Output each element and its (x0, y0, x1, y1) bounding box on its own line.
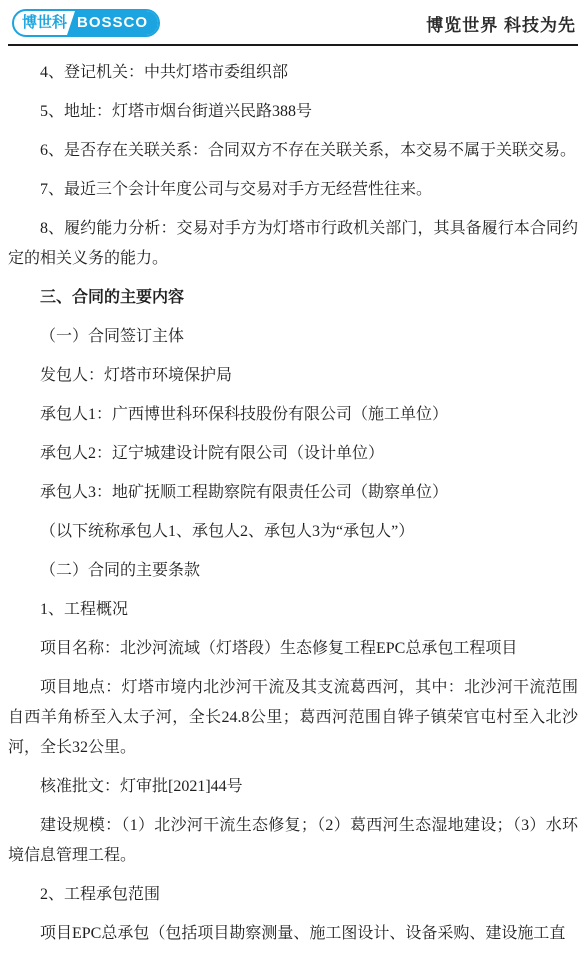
paragraph: 项目地点：灯塔市境内北沙河干流及其支流葛西河，其中：北沙河干流范围自西羊角桥至入… (8, 673, 578, 763)
paragraph: 发包人：灯塔市环境保护局 (8, 361, 578, 391)
page-header: 博世科 BOSSCO 博览世界 科技为先 (8, 0, 578, 46)
document-page: 博世科 BOSSCO 博览世界 科技为先 4、登记机关：中共灯塔市委组织部 5、… (0, 0, 586, 965)
logo-cn-text: 博世科 (14, 11, 69, 35)
paragraph: 5、地址：灯塔市烟台街道兴民路388号 (8, 97, 578, 127)
section-heading: 三、合同的主要内容 (8, 283, 578, 313)
paragraph: （以下统称承包人1、承包人2、承包人3为“承包人”） (8, 517, 578, 547)
paragraph: 承包人1：广西博世科环保科技股份有限公司（施工单位） (8, 400, 578, 430)
paragraph: 8、履约能力分析：交易对手方为灯塔市行政机关部门，其具备履行本合同约定的相关义务… (8, 214, 578, 274)
paragraph: 1、工程概况 (8, 595, 578, 625)
paragraph: 6、是否存在关联关系：合同双方不存在关联关系，本交易不属于关联交易。 (8, 136, 578, 166)
paragraph: （一）合同签订主体 (8, 322, 578, 352)
logo-en-text: BOSSCO (67, 11, 158, 35)
paragraph: 2、工程承包范围 (8, 880, 578, 910)
paragraph: 核准批文：灯审批[2021]44号 (8, 772, 578, 802)
document-body: 4、登记机关：中共灯塔市委组织部 5、地址：灯塔市烟台街道兴民路388号 6、是… (0, 46, 586, 941)
paragraph: 建设规模：（1）北沙河干流生态修复；（2）葛西河生态湿地建设；（3）水环境信息管… (8, 811, 578, 871)
header-slogan: 博览世界 科技为先 (426, 11, 576, 36)
paragraph: 承包人3：地矿抚顺工程勘察院有限责任公司（勘察单位） (8, 478, 578, 508)
company-logo: 博世科 BOSSCO (12, 9, 160, 37)
paragraph: 7、最近三个会计年度公司与交易对手方无经营性往来。 (8, 175, 578, 205)
paragraph: 承包人2：辽宁城建设计院有限公司（设计单位） (8, 439, 578, 469)
paragraph: 项目名称：北沙河流域（灯塔段）生态修复工程EPC总承包工程项目 (8, 634, 578, 664)
paragraph: 4、登记机关：中共灯塔市委组织部 (8, 58, 578, 88)
paragraph: 项目EPC总承包（包括项目勘察测量、施工图设计、设备采购、建设施工直 (8, 919, 578, 941)
paragraph: （二）合同的主要条款 (8, 556, 578, 586)
